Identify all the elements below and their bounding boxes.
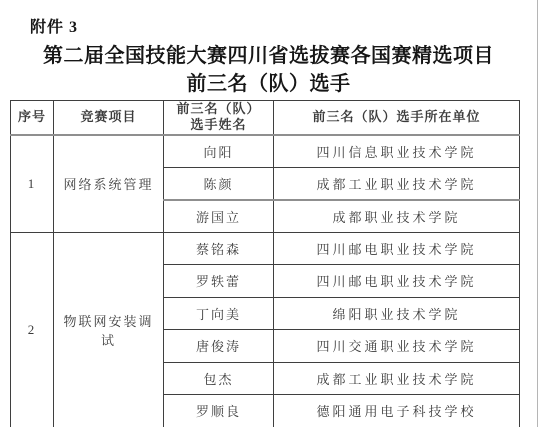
- results-table: 序号 竞赛项目 前三名（队）选手姓名 前三名（队）选手所在单位 1网络系统管理向…: [10, 100, 520, 427]
- table-row: 1网络系统管理向阳四川信息职业技术学院: [11, 135, 520, 168]
- player-name-cell: 罗顺良: [164, 395, 274, 427]
- player-name-cell: 向阳: [164, 135, 274, 168]
- player-name-cell: 罗轶蕾: [164, 265, 274, 298]
- player-name-cell: 游国立: [164, 200, 274, 233]
- player-unit-cell: 成都工业职业技术学院: [274, 362, 520, 395]
- player-unit-cell: 绵阳职业技术学院: [274, 297, 520, 330]
- document-title-line1: 第二届全国技能大赛四川省选拔赛各国赛精选项目: [0, 42, 537, 70]
- document-title: 第二届全国技能大赛四川省选拔赛各国赛精选项目 前三名（队）选手: [0, 42, 537, 98]
- competition-project-cell: 物联网安装调试: [54, 232, 164, 427]
- header-player-name: 前三名（队）选手姓名: [164, 101, 274, 135]
- player-unit-cell: 成都工业职业技术学院: [274, 167, 520, 200]
- player-name-cell: 蔡铭森: [164, 232, 274, 265]
- player-name-cell: 包杰: [164, 362, 274, 395]
- table-row: 2物联网安装调试蔡铭森四川邮电职业技术学院: [11, 232, 520, 265]
- attachment-label: 附件 3: [30, 14, 537, 37]
- player-unit-cell: 四川交通职业技术学院: [274, 330, 520, 363]
- header-competition-project: 竞赛项目: [54, 101, 164, 135]
- player-name-cell: 丁向美: [164, 297, 274, 330]
- player-unit-cell: 德阳通用电子科技学校: [274, 395, 520, 427]
- serial-number-cell: 1: [11, 135, 54, 233]
- competition-project-cell: 网络系统管理: [54, 135, 164, 233]
- player-name-cell: 唐俊涛: [164, 330, 274, 363]
- player-unit-cell: 四川邮电职业技术学院: [274, 265, 520, 298]
- player-unit-cell: 四川信息职业技术学院: [274, 135, 520, 168]
- header-player-unit: 前三名（队）选手所在单位: [274, 101, 520, 135]
- document-page: 附件 3 第二届全国技能大赛四川省选拔赛各国赛精选项目 前三名（队）选手 序号 …: [0, 0, 538, 427]
- results-table-header: 序号 竞赛项目 前三名（队）选手姓名 前三名（队）选手所在单位: [11, 101, 520, 135]
- header-row: 序号 竞赛项目 前三名（队）选手姓名 前三名（队）选手所在单位: [11, 101, 520, 135]
- serial-number-cell: 2: [11, 232, 54, 427]
- results-table-body: 1网络系统管理向阳四川信息职业技术学院陈颜成都工业职业技术学院游国立成都职业技术…: [11, 135, 520, 427]
- document-title-line2: 前三名（队）选手: [0, 70, 537, 98]
- player-unit-cell: 成都职业技术学院: [274, 200, 520, 233]
- header-serial-number: 序号: [11, 101, 54, 135]
- player-unit-cell: 四川邮电职业技术学院: [274, 232, 520, 265]
- player-name-cell: 陈颜: [164, 167, 274, 200]
